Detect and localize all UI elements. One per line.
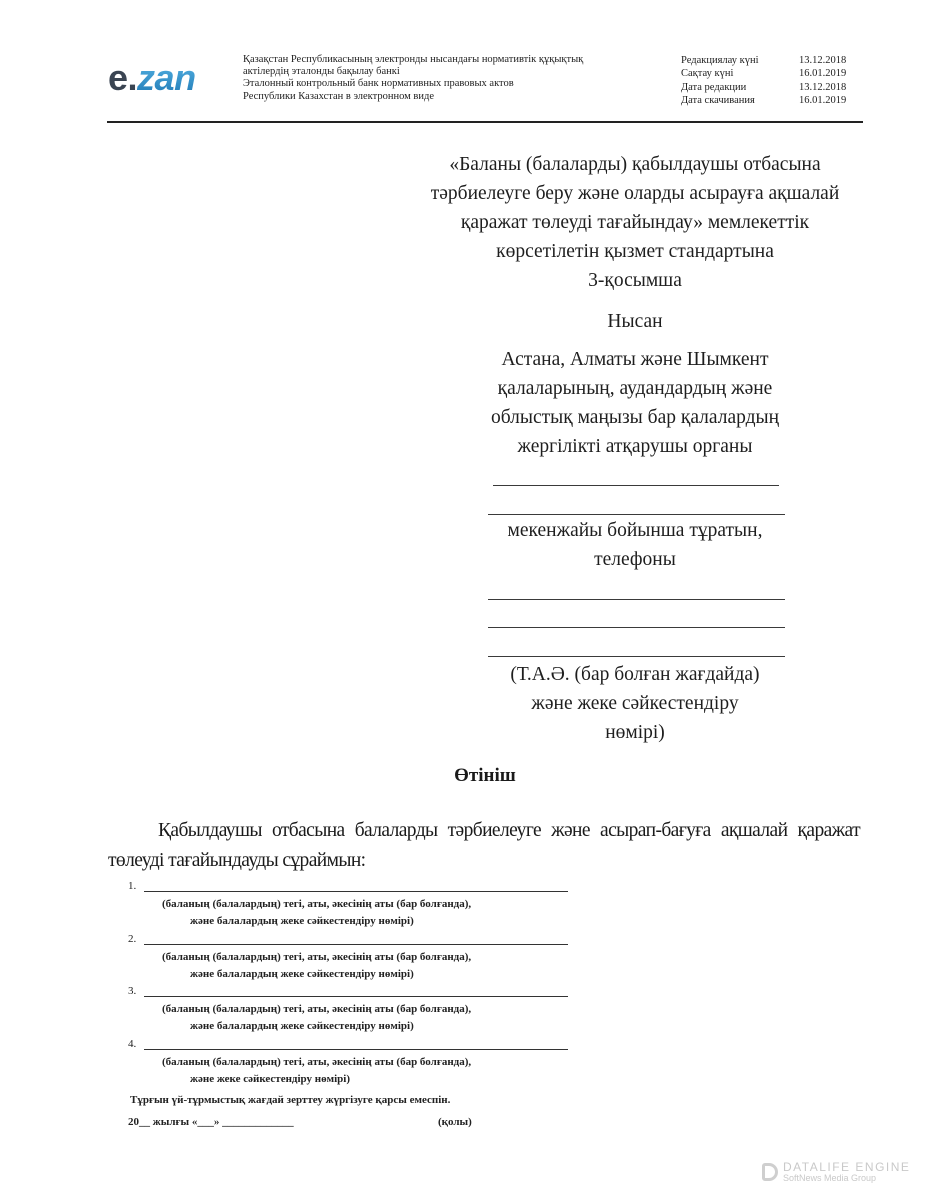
addressee-line: облыстық маңызы бар қалалардың	[405, 403, 865, 432]
item-number: 1.	[128, 878, 136, 896]
date-label: Дата редакции	[681, 81, 799, 94]
item-caption: (баланың (балалардың) тегі, аты, әкесіні…	[162, 1054, 471, 1072]
blank-line	[488, 599, 785, 600]
caption-line: нөмірі)	[405, 718, 865, 747]
blank-line	[488, 514, 785, 515]
item-caption: және балалардың жеке сәйкестендіру нөмір…	[190, 1018, 414, 1036]
annex-line: 3-қосымша	[405, 266, 865, 295]
document-dates: Редакциялау күні13.12.2018 Сақтау күні16…	[681, 54, 846, 107]
source-line: Республики Казахстан в электронном виде	[243, 91, 583, 103]
item-caption: және балалардың жеке сәйкестендіру нөмір…	[190, 913, 414, 931]
date-row: Дата редакции13.12.2018	[681, 81, 846, 94]
date-label: Редакциялау күні	[681, 54, 799, 67]
consent-statement: Тұрғын үй-тұрмыстық жағдай зерттеу жүргі…	[130, 1094, 450, 1106]
item-caption: (баланың (балалардың) тегі, аты, әкесіні…	[162, 949, 471, 967]
item-caption: және жеке сәйкестендіру нөмірі)	[190, 1071, 350, 1089]
paragraph-text: Қабылдаушы отбасына балаларды тәрбиелеуг…	[108, 820, 860, 871]
fill-in-line	[144, 1049, 568, 1050]
document-title: Өтініш	[100, 764, 870, 788]
caption-line: телефоны	[405, 545, 865, 574]
fill-in-line	[144, 996, 568, 997]
item-number: 2.	[128, 931, 136, 949]
watermark-title: DataLife Engine	[783, 1161, 910, 1173]
source-description: Қазақстан Республикасының электронды ныс…	[243, 54, 583, 103]
watermark: DataLife Engine SoftNews Media Group	[762, 1161, 910, 1183]
dle-logo-icon	[762, 1163, 778, 1181]
date-value: 13.12.2018	[799, 54, 846, 67]
item-number: 4.	[128, 1036, 136, 1054]
blank-line	[488, 627, 785, 628]
addressee-line: жергілікті атқарушы органы	[405, 432, 865, 461]
blank-line	[488, 656, 785, 657]
date-value: 16.01.2019	[799, 94, 846, 107]
logo-e: e	[108, 57, 128, 98]
date-row: Дата скачивания16.01.2019	[681, 94, 846, 107]
address-caption: мекенжайы бойынша тұратын, телефоны	[405, 516, 865, 574]
application-paragraph: Қабылдаушы отбасына балаларды тәрбиелеуг…	[108, 816, 860, 876]
caption-line: және жеке сәйкестендіру	[405, 689, 865, 718]
item-caption: (баланың (балалардың) тегі, аты, әкесіні…	[162, 1001, 471, 1019]
blank-line	[493, 485, 779, 486]
logo-zan: zan	[137, 57, 196, 98]
date-field: 20__ жылғы «___» _____________	[128, 1116, 294, 1128]
annex-line: тәрбиелеуге беру және оларды асырауға ақ…	[405, 179, 865, 208]
logo-dot: .	[128, 57, 138, 98]
fill-in-line	[144, 891, 568, 892]
addressee-line: Астана, Алматы және Шымкент	[405, 345, 865, 374]
form-label: Нысан	[405, 307, 865, 336]
annex-reference: «Баланы (балаларды) қабылдаушы отбасына …	[405, 150, 865, 295]
source-line: Эталонный контрольный банк нормативных п…	[243, 78, 583, 90]
date-label: Дата скачивания	[681, 94, 799, 107]
item-number: 3.	[128, 983, 136, 1001]
annex-line: «Баланы (балаларды) қабылдаушы отбасына	[405, 150, 865, 179]
date-row: Редакциялау күні13.12.2018	[681, 54, 846, 67]
watermark-subtitle: SoftNews Media Group	[783, 1173, 910, 1183]
date-value: 16.01.2019	[799, 67, 846, 80]
date-row: Сақтау күні16.01.2019	[681, 67, 846, 80]
ezan-logo: e.zan	[108, 56, 196, 100]
addressee-line: қалаларының, аудандардың және	[405, 374, 865, 403]
source-line: Қазақстан Республикасының электронды ныс…	[243, 54, 583, 66]
annex-line: қаражат төлеуді тағайындау» мемлекеттік	[405, 208, 865, 237]
caption-line: мекенжайы бойынша тұратын,	[405, 516, 865, 545]
applicant-caption: (Т.А.Ә. (бар болған жағдайда) және жеке …	[405, 660, 865, 747]
signature-label: (қолы)	[438, 1116, 472, 1128]
addressee: Астана, Алматы және Шымкент қалаларының,…	[405, 345, 865, 461]
item-caption: (баланың (балалардың) тегі, аты, әкесіні…	[162, 896, 471, 914]
date-label: Сақтау күні	[681, 67, 799, 80]
date-value: 13.12.2018	[799, 81, 846, 94]
annex-line: көрсетілетін қызмет стандартына	[405, 237, 865, 266]
source-line: актілердің эталонды бақылау банкі	[243, 66, 583, 78]
fill-in-line	[144, 944, 568, 945]
item-caption: және балалардың жеке сәйкестендіру нөмір…	[190, 966, 414, 984]
caption-line: (Т.А.Ә. (бар болған жағдайда)	[405, 660, 865, 689]
header-divider	[107, 121, 863, 123]
